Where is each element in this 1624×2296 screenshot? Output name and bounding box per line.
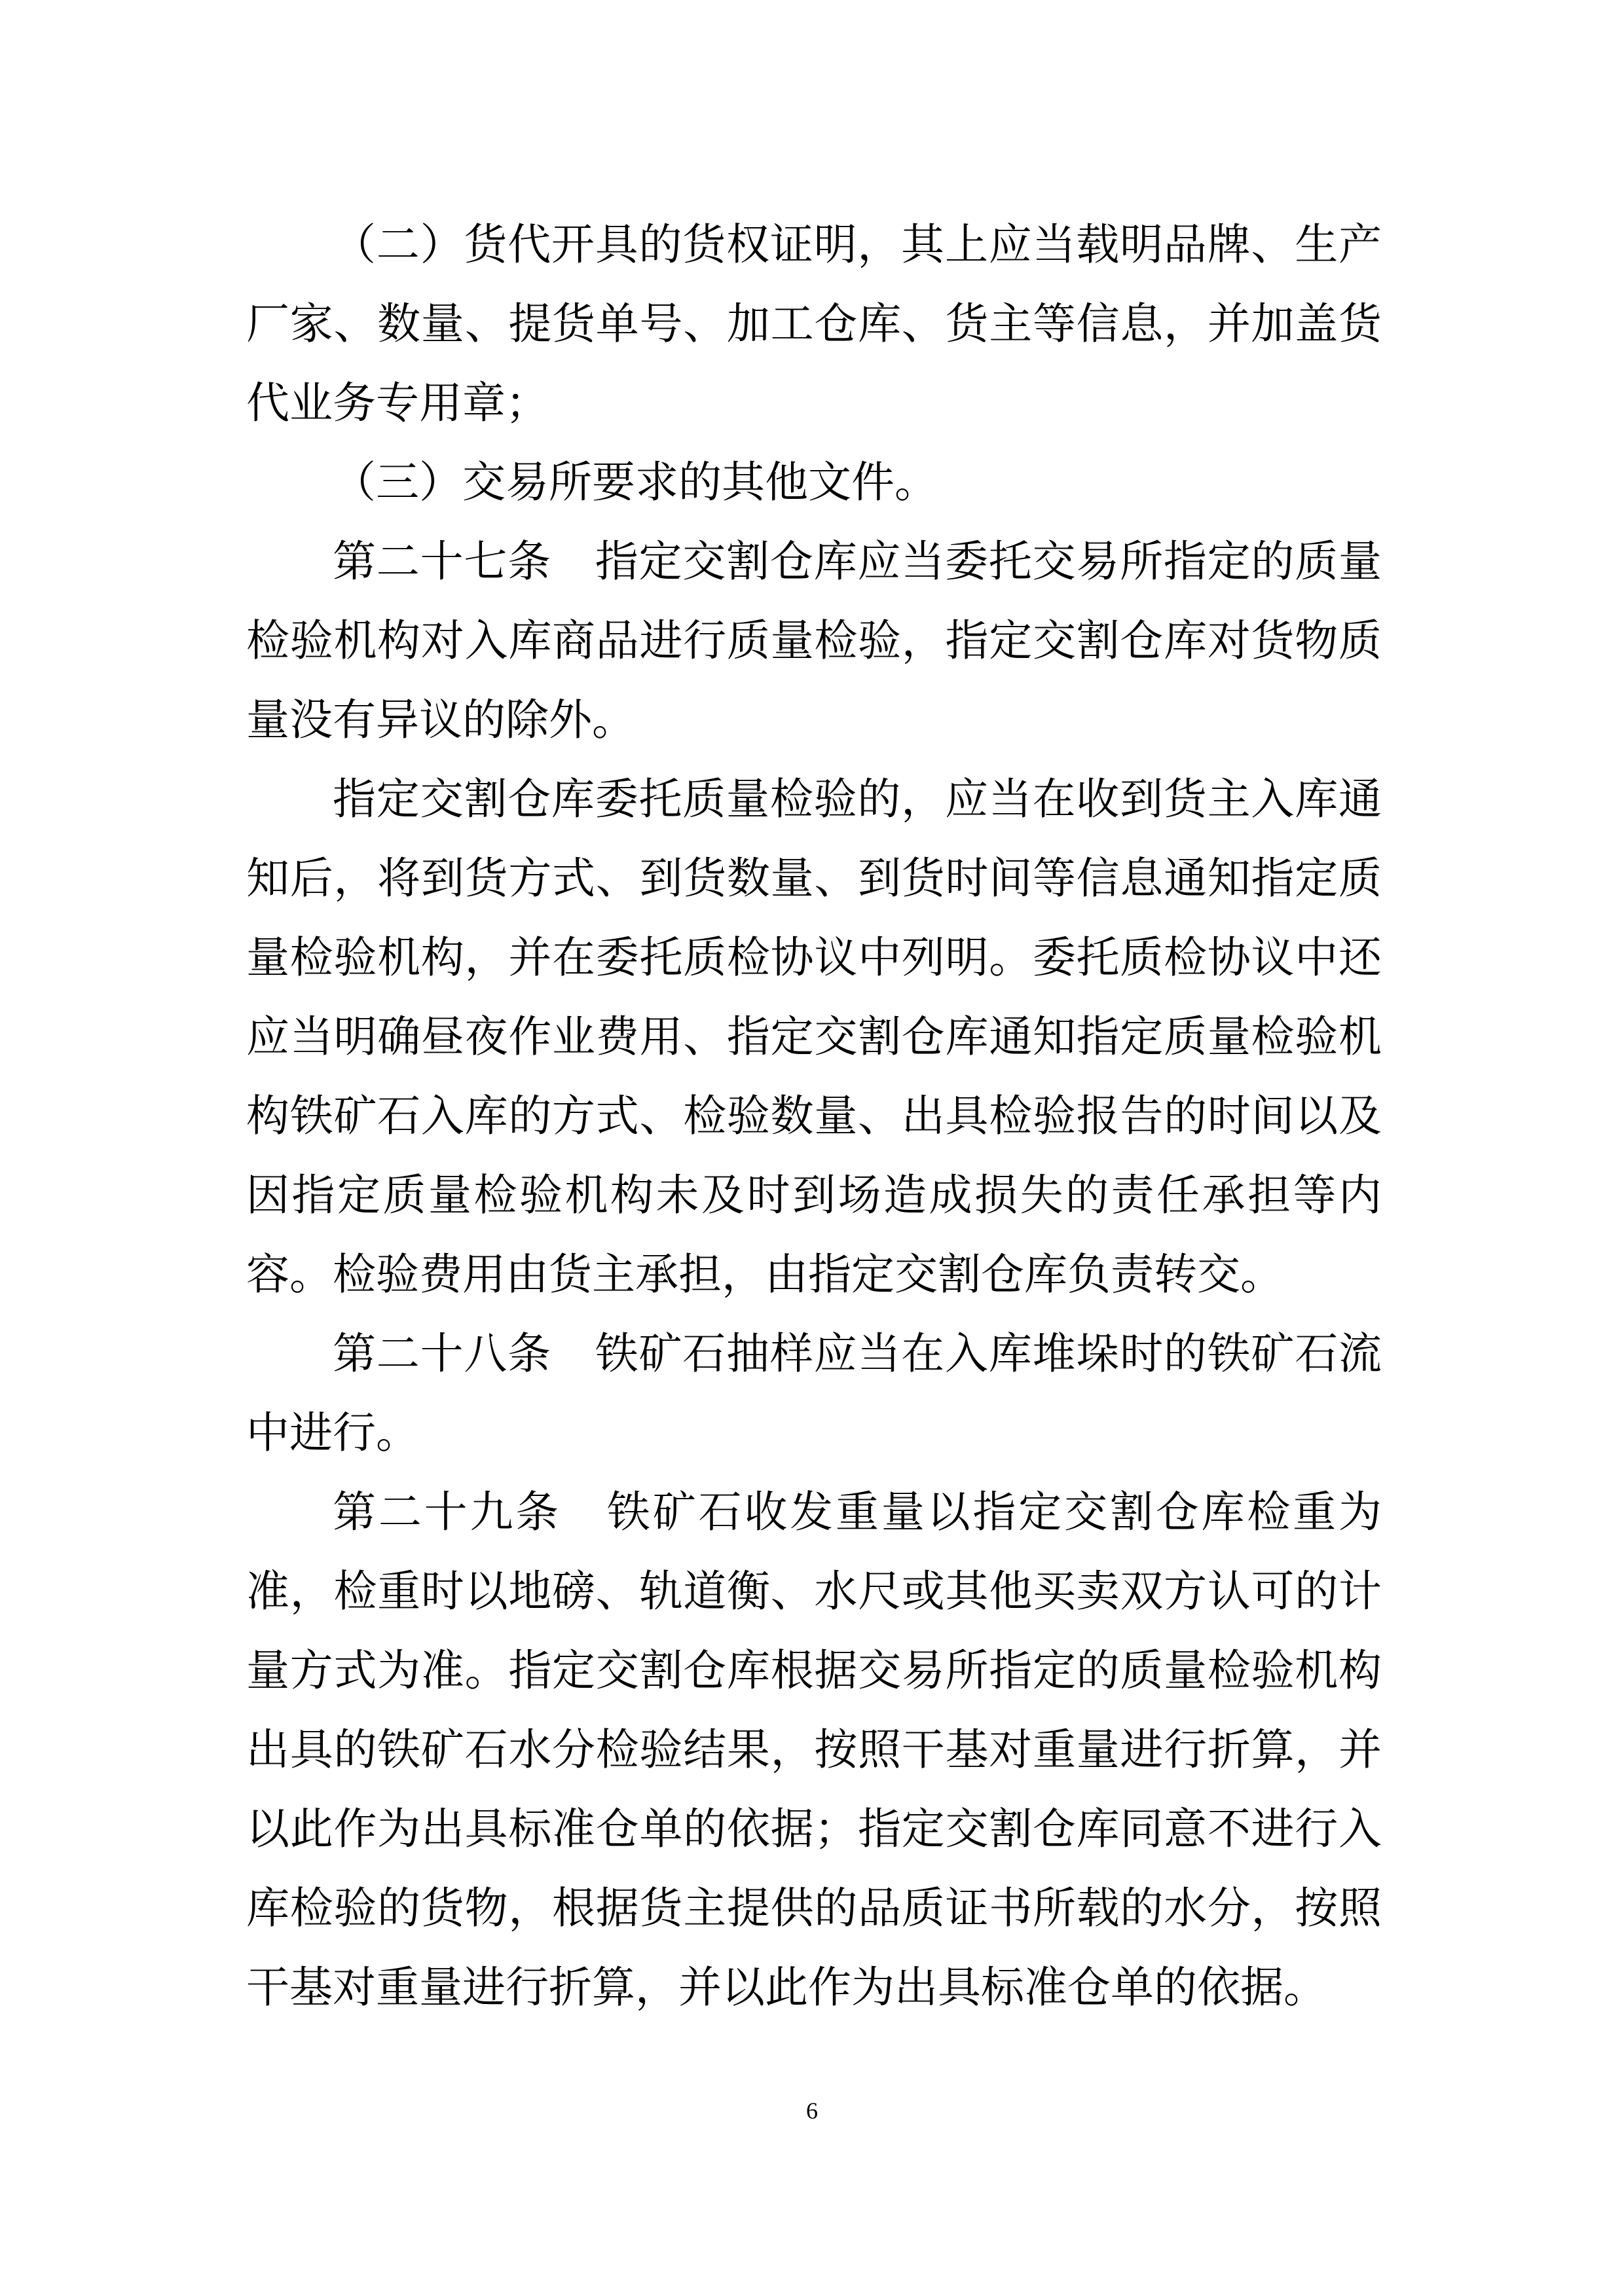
page-footer: 6 bbox=[0, 2095, 1624, 2126]
paragraph: 第二十八条 铁矿石抽样应当在入库堆垛时的铁矿石流中进行。 bbox=[246, 1315, 1382, 1473]
document-body: （二）货代开具的货权证明，其上应当载明品牌、生产厂家、数量、提货单号、加工仓库、… bbox=[246, 206, 1382, 2028]
page-number: 6 bbox=[806, 2098, 818, 2124]
paragraph: （二）货代开具的货权证明，其上应当载明品牌、生产厂家、数量、提货单号、加工仓库、… bbox=[246, 206, 1382, 443]
paragraph: 指定交割仓库委托质量检验的，应当在收到货主入库通知后，将到货方式、到货数量、到货… bbox=[246, 760, 1382, 1315]
paragraph: （三）交易所要求的其他文件。 bbox=[246, 443, 1382, 522]
paragraph: 第二十七条 指定交割仓库应当委托交易所指定的质量检验机构对入库商品进行质量检验，… bbox=[246, 522, 1382, 760]
paragraph: 第二十九条 铁矿石收发重量以指定交割仓库检重为准，检重时以地磅、轨道衡、水尺或其… bbox=[246, 1473, 1382, 2028]
document-page: （二）货代开具的货权证明，其上应当载明品牌、生产厂家、数量、提货单号、加工仓库、… bbox=[0, 0, 1624, 2296]
